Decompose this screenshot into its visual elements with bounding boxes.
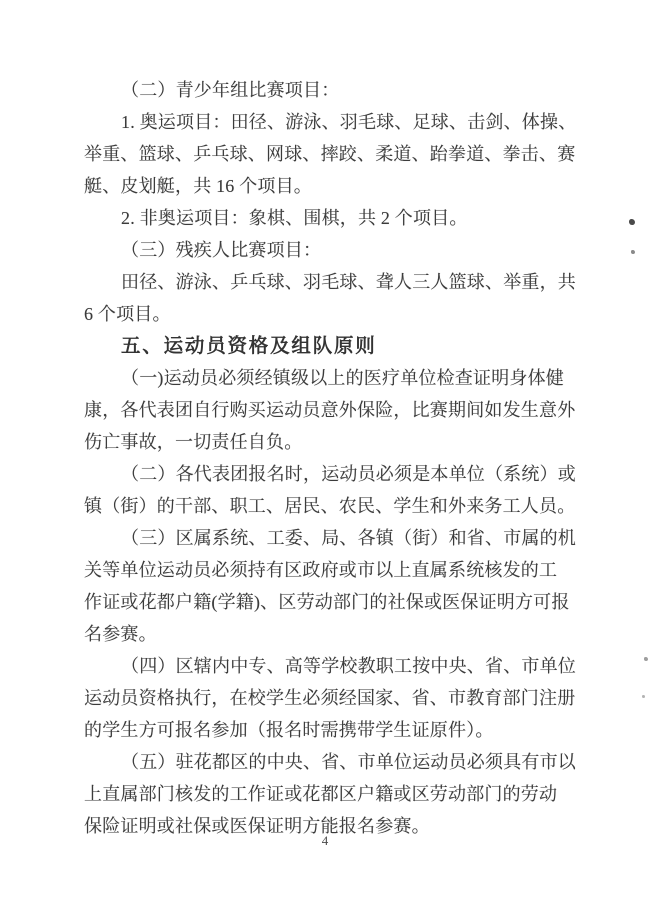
text-line: 田径、游泳、乒乓球、羽毛球、聋人三人篮球、举重，共 — [84, 266, 589, 298]
scan-speck — [629, 219, 635, 225]
text-line: （四）区辖内中专、高等学校教职工按中央、省、市单位 — [84, 650, 589, 682]
text-line: （二）各代表团报名时，运动员必须是本单位（系统）或 — [84, 458, 589, 490]
text-line: 镇（街）的干部、职工、居民、农民、学生和外来务工人员。 — [84, 490, 589, 522]
text-line: （三）残疾人比赛项目： — [84, 234, 589, 266]
text-line: 关等单位运动员必须持有区政府或市以上直属系统核发的工 — [84, 554, 589, 586]
text-line: 康，各代表团自行购买运动员意外保险，比赛期间如发生意外 — [84, 394, 589, 426]
scan-speck — [644, 657, 648, 661]
scan-speck — [642, 695, 645, 698]
text-line: 运动员资格执行，在校学生必须经国家、省、市教育部门注册 — [84, 682, 589, 714]
text-line: 伤亡事故，一切责任自负。 — [84, 426, 589, 458]
scan-speck — [631, 250, 635, 254]
page-number: 4 — [0, 831, 650, 851]
text-line: （二）青少年组比赛项目： — [84, 74, 589, 106]
text-line: 上直属部门核发的工作证或花都区户籍或区劳动部门的劳动 — [84, 778, 589, 810]
document-page: （二）青少年组比赛项目： 1. 奥运项目：田径、游泳、羽毛球、足球、击剑、体操、… — [0, 0, 650, 913]
text-line: （五）驻花都区的中央、省、市单位运动员必须具有市以 — [84, 746, 589, 778]
text-line: 6 个项目。 — [84, 298, 589, 330]
section-heading: 五、运动员资格及组队原则 — [84, 330, 589, 362]
text-line: （一)运动员必须经镇级以上的医疗单位检查证明身体健 — [84, 362, 589, 394]
text-line: 1. 奥运项目：田径、游泳、羽毛球、足球、击剑、体操、 — [84, 106, 589, 138]
text-line: （三）区属系统、工委、局、各镇（街）和省、市属的机 — [84, 522, 589, 554]
document-body: （二）青少年组比赛项目： 1. 奥运项目：田径、游泳、羽毛球、足球、击剑、体操、… — [84, 74, 589, 842]
text-line: 艇、皮划艇，共 16 个项目。 — [84, 170, 589, 202]
text-line: 举重、篮球、乒乓球、网球、摔跤、柔道、跆拳道、拳击、赛 — [84, 138, 589, 170]
text-line: 2. 非奥运项目：象棋、围棋，共 2 个项目。 — [84, 202, 589, 234]
text-line: 的学生方可报名参加（报名时需携带学生证原件）。 — [84, 714, 589, 746]
text-line: 名参赛。 — [84, 618, 589, 650]
text-line: 作证或花都户籍(学籍)、区劳动部门的社保或医保证明方可报 — [84, 586, 589, 618]
